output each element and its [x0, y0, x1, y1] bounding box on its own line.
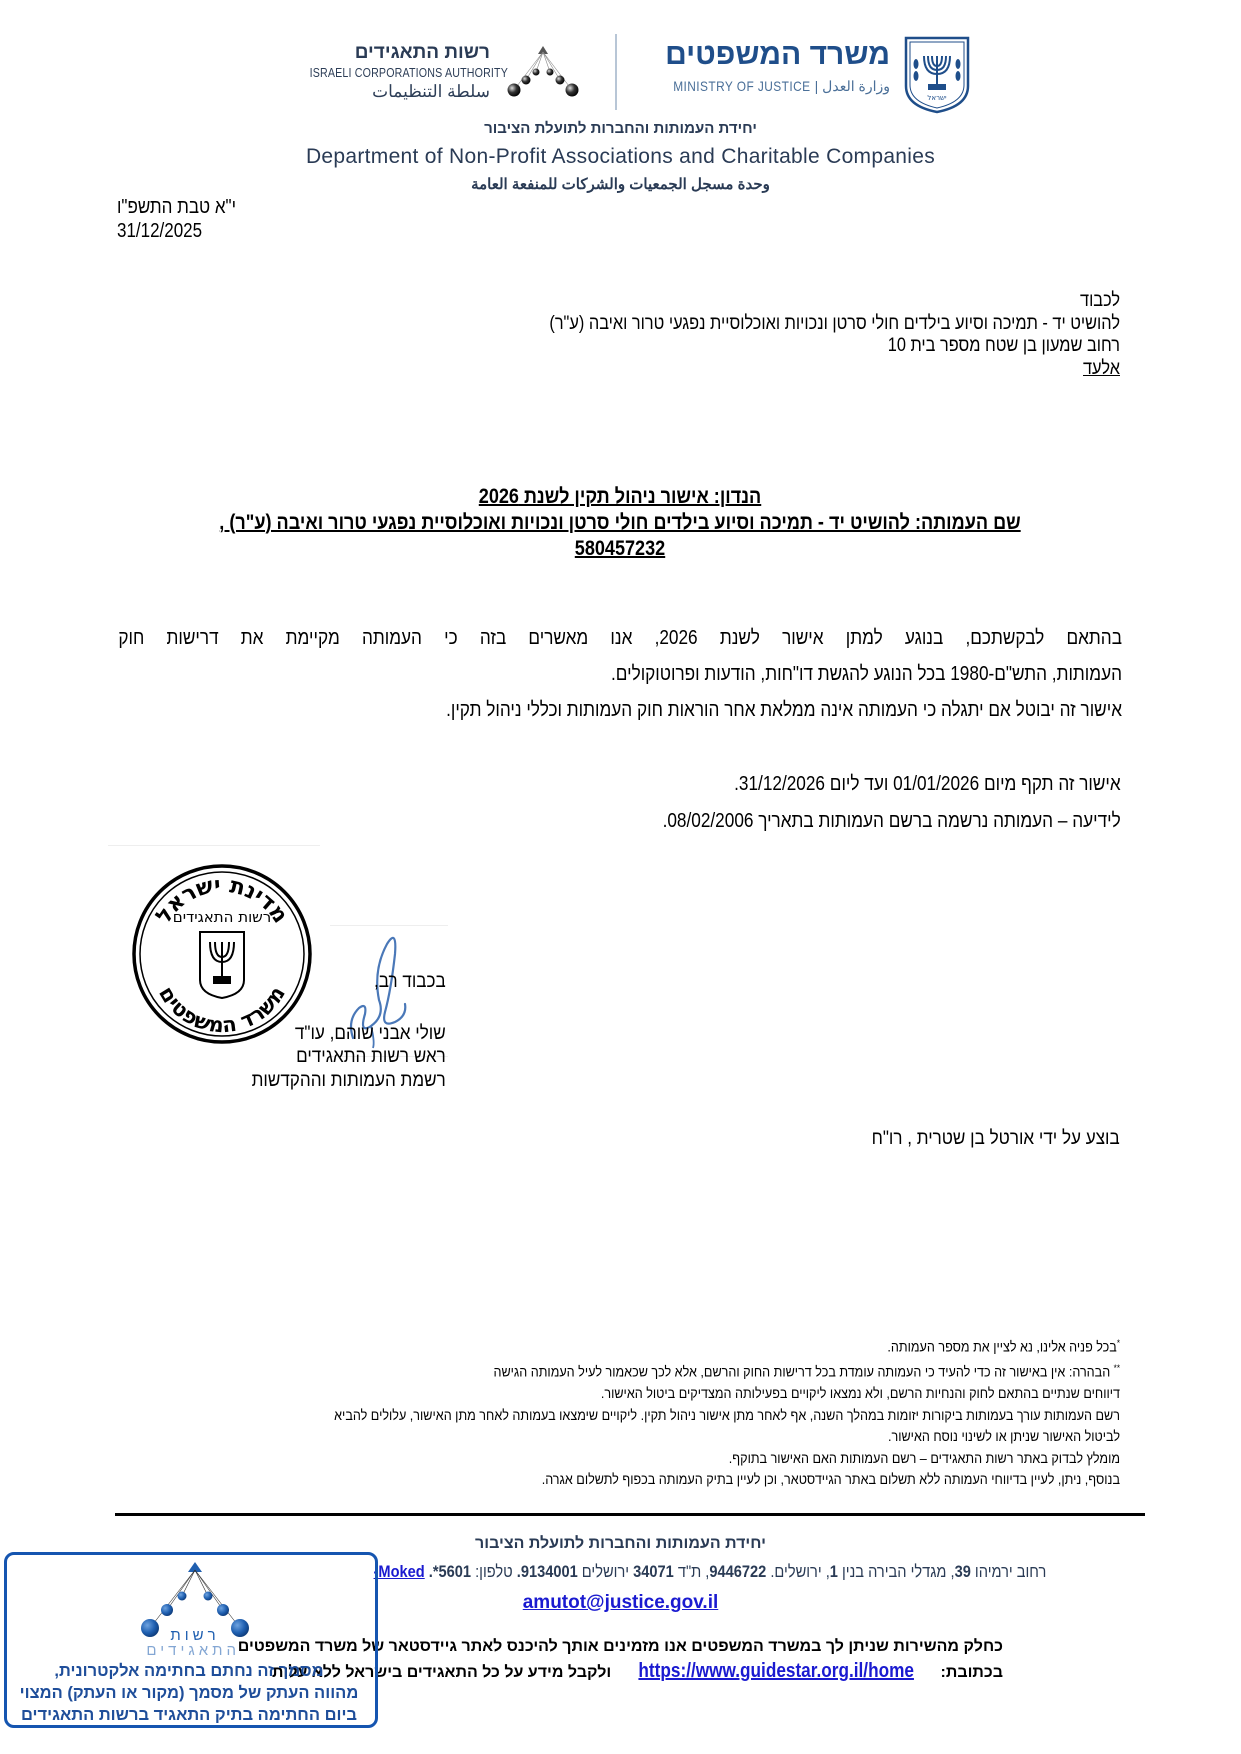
footnote-text: מומלץ לבדוק באתר רשות התאגידים – רשם העמ… — [729, 1450, 1120, 1466]
address-street: רחוב ירמיהו — [971, 1562, 1046, 1581]
subject-block: הנדון: אישור ניהול תקין לשנת 2026 שם העמ… — [120, 484, 1120, 562]
date-hebrew: י"א טבת התשפ"ו — [117, 196, 236, 219]
po-box-label: , ת"ד — [673, 1562, 709, 1581]
unit-title-hebrew: יחידת העמותות והחברות לתועלת הציבור — [0, 120, 1241, 137]
po-box-city: ירושלים — [577, 1562, 632, 1581]
moj-name-hebrew: משרד המשפטים — [640, 36, 890, 74]
address-street-number: 39 — [954, 1562, 970, 1581]
footnote-text: הבהרה: אין באישור זה כדי להעיד כי העמותה… — [493, 1364, 1113, 1380]
po-box-zip: 9134001. — [516, 1562, 577, 1581]
subject-line: הנדון: אישור ניהול תקין לשנת 2026 — [479, 485, 761, 508]
moj-name-arabic: وزارة العدل — [822, 78, 890, 94]
ica-name-english: ISRAELI CORPORATIONS AUTHORITY — [310, 64, 490, 82]
validity-block: אישור זה תקף מיום 01/01/2026 ועד ליום 31… — [588, 766, 1121, 840]
footer-address: רחוב ירמיהו 39, מגדלי הבירה בנין 1, ירוש… — [373, 1562, 1046, 1582]
estamp-text: מסמך זה נחתם בחתימה אלקטרונית, מהווה העת… — [8, 1660, 370, 1726]
footnote-line: מומלץ לבדוק באתר רשות התאגידים – רשם העמ… — [166, 1448, 1120, 1470]
state-of-israel-emblem-icon: ישראל — [902, 34, 972, 114]
po-box-number: 34071 — [633, 1562, 674, 1581]
estamp-logo-text: רשות התאגידים — [150, 1628, 240, 1658]
moj-header-block: משרד המשפטים MINISTRY OF JUSTICE | وزارة… — [640, 36, 890, 96]
address-city: , ירושלים. — [766, 1562, 829, 1581]
signatory-name: שולי אבני שוהם, עו"ד — [252, 1022, 446, 1046]
footnote-mark: * — [1117, 1338, 1120, 1348]
footnotes: *בכל פניה אלינו, נא לציין את מספר העמותה… — [60, 1333, 1120, 1491]
recipient-salutation: לכבוד — [432, 290, 1120, 313]
footnote-line: *בכל פניה אלינו, נא לציין את מספר העמותה… — [166, 1333, 1120, 1358]
footnote-line: דיווחים שנתיים בהתאם לחוק והנחיות הרשם, … — [166, 1383, 1120, 1405]
phone-number: 5601*. — [424, 1562, 470, 1581]
date-gregorian: 31/12/2025 — [117, 220, 202, 243]
recipient-street: רחוב שמעון בן שטח מספר בית 10 — [432, 335, 1120, 358]
body-text: בהתאם לבקשתכם, בנוגע למתן אישור לשנת 202… — [118, 620, 1122, 728]
footnote-mark: ** — [1114, 1363, 1120, 1373]
estamp-line-3: ביום החתימה בתיק התאגיד ברשות התאגידים — [8, 1704, 370, 1726]
address-zip: 9446722 — [709, 1562, 766, 1581]
performed-by: בוצע על ידי אורטל בן שטרית , רו"ח — [872, 1128, 1120, 1150]
footnote-line: לביטול האישור שניתן או לשינוי נוסח האישו… — [166, 1426, 1120, 1448]
footer-unit-title: יחידת העמותות והחברות לתועלת הציבור — [0, 1535, 1241, 1553]
phone-label: טלפון: — [471, 1562, 517, 1581]
footnote-text: רשם העמותות עורך בעמותות ביקורות יזומות … — [334, 1407, 1120, 1423]
ica-header-block: רשות התאגידים ISRAELI CORPORATIONS AUTHO… — [270, 42, 490, 102]
footnote-line: רשם העמותות עורך בעמותות ביקורות יזומות … — [166, 1405, 1120, 1427]
footnote-line: ** הבהרה: אין באישור זה כדי להעיד כי העמ… — [166, 1358, 1120, 1383]
guidestar-label: בכתובת: — [936, 1664, 1003, 1681]
svg-text:ישראל: ישראל — [927, 94, 947, 102]
footnote-text: בכל פניה אלינו, נא לציין את מספר העמותה. — [887, 1339, 1116, 1355]
signatory-title-1: ראש רשות התאגידים — [252, 1045, 446, 1069]
ica-spheres-logo-icon — [506, 44, 580, 100]
address-building: , מגדלי הבירה בנין — [838, 1562, 955, 1581]
footnote-text: בנוסף, ניתן, לעיין בדיווחי העמותה ללא תש… — [542, 1471, 1120, 1487]
guidestar-address-line: בכתובת: https://www.guidestar.org.il/hom… — [272, 1660, 1003, 1683]
body-line-3: אישור זה יבוטל אם יתגלה כי העמותה אינה מ… — [259, 692, 1122, 728]
estamp-logo-text-1: רשות — [150, 1628, 240, 1643]
footnote-text: לביטול האישור שניתן או לשינוי נוסח האישו… — [888, 1428, 1120, 1444]
ica-name-arabic: سلطة التنظيمات — [270, 82, 490, 102]
validity-period: אישור זה תקף מיום 01/01/2026 ועד ליום 31… — [663, 766, 1121, 803]
footnote-text: דיווחים שנתיים בהתאם לחוק והנחיות הרשם, … — [601, 1385, 1120, 1401]
ica-name-hebrew: רשות התאגידים — [270, 42, 490, 64]
moj-name-english: MINISTRY OF JUSTICE — [674, 76, 811, 96]
estamp-line-2: מהווה העתק של מסמך (מקור או העתק) המצוי — [8, 1682, 370, 1704]
moj-separator: | — [815, 78, 819, 94]
recipient-block: לכבוד להושיט יד - תמיכה וסיוע בילדים חול… — [320, 290, 1120, 380]
department-title-english: Department of Non-Profit Associations an… — [0, 145, 1241, 169]
association-name-line: שם העמותה: להושיט יד - תמיכה וסיוע בילדי… — [219, 511, 1020, 534]
moj-subtitle: MINISTRY OF JUSTICE | وزارة العدل — [640, 76, 890, 96]
registration-date-note: לידיעה – העמותה נרשמה ברשם העמותות בתארי… — [663, 803, 1121, 840]
moked-link[interactable]: Moked- — [373, 1562, 424, 1581]
signature-block: בכבוד רב, שולי אבני שוהם, עו"ד ראש רשות … — [230, 970, 446, 1092]
email-link[interactable]: amutot@justice.gov.il — [523, 1592, 719, 1613]
footnote-line: בנוסף, ניתן, לעיין בדיווחי העמותה ללא תש… — [166, 1469, 1120, 1491]
body-line-1: בהתאם לבקשתכם, בנוגע למתן אישור לשנת 202… — [118, 620, 1122, 656]
footer-divider — [115, 1513, 1145, 1516]
svg-text:רשות התאגידים: רשות התאגידים — [173, 908, 272, 926]
recipient-name: להושיט יד - תמיכה וסיוע בילדים חולי סרטן… — [432, 313, 1120, 336]
header-divider — [615, 34, 617, 110]
address-building-number: 1 — [829, 1562, 837, 1581]
department-title-arabic: وحدة مسجل الجمعيات والشركات للمنفعة العا… — [0, 175, 1241, 193]
estamp-logo-text-2: התאגידים — [150, 1643, 240, 1658]
guidestar-link[interactable]: https://www.guidestar.org.il/home — [638, 1660, 914, 1683]
estamp-line-1: מסמך זה נחתם בחתימה אלקטרונית, — [8, 1660, 370, 1682]
association-registration-number: 580457232 — [575, 537, 665, 560]
signatory-title-2: רשמת העמותות וההקדשות — [252, 1069, 446, 1093]
body-line-2: העמותות, התש"ם-1980 בכל הנוגע להגשת דו"ח… — [259, 656, 1122, 692]
recipient-city: אלעד — [1083, 358, 1120, 379]
signature-closing: בכבוד רב, — [252, 970, 446, 994]
